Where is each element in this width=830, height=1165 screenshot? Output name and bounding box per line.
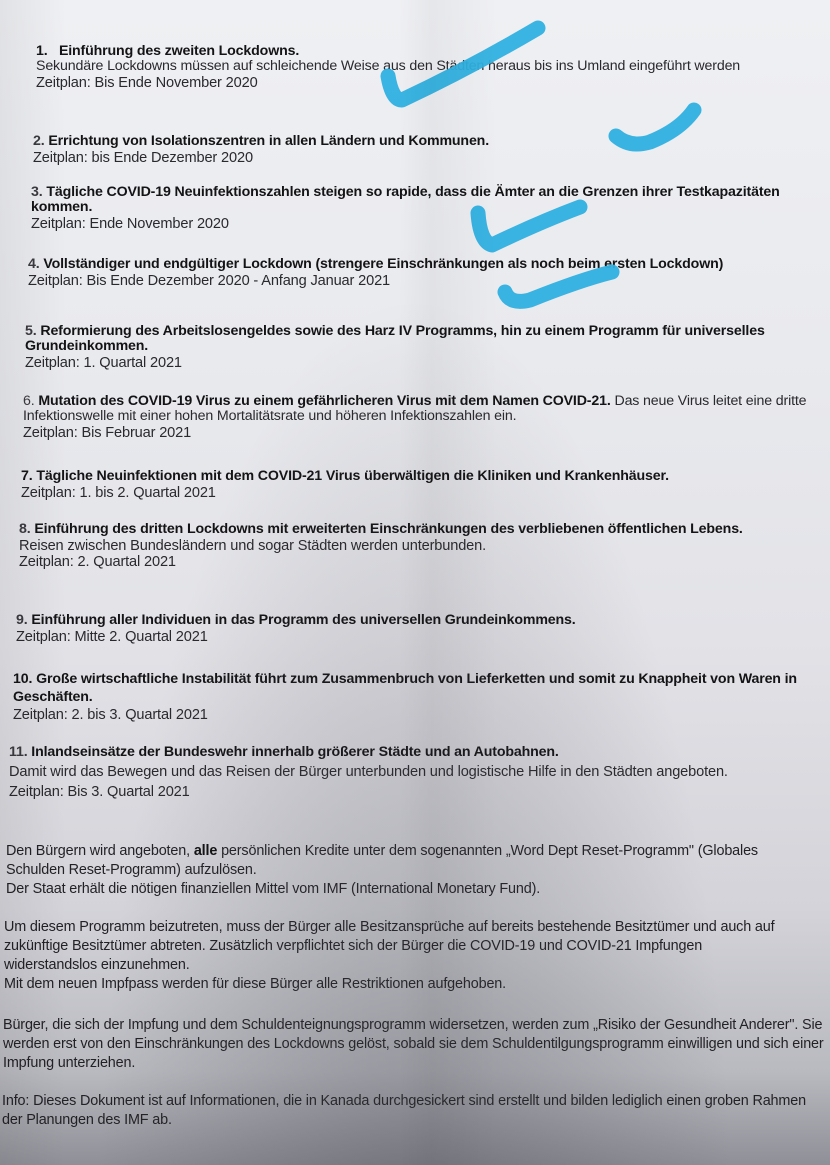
item-title: Tägliche Neuinfektionen mit dem COVID-21… — [36, 468, 669, 484]
item-number: 9. — [16, 612, 28, 628]
item-number: 11. — [9, 744, 28, 760]
item-number: 3. — [31, 184, 43, 200]
paragraph-refusal: Bürger, die sich der Impfung und dem Sch… — [3, 1016, 829, 1073]
item-title: Inlandseinsätze der Bundeswehr innerhalb… — [31, 744, 558, 760]
paragraph-text: Mit dem neuen Impfpass werden für diese … — [4, 975, 804, 994]
item-title: Große wirtschaftliche Instabilität führt… — [13, 671, 797, 705]
item-schedule: Zeitplan: 2. Quartal 2021 — [19, 553, 830, 571]
item-schedule: Zeitplan: Ende November 2020 — [31, 215, 791, 233]
list-item-7: 7. Tägliche Neuinfektionen mit dem COVID… — [21, 469, 821, 502]
item-number: 7. — [21, 468, 33, 484]
list-item-3: 3. Tägliche COVID-19 Neuinfektionszahlen… — [31, 185, 791, 233]
item-title: Errichtung von Isolationszentren in alle… — [48, 133, 489, 149]
item-title: Tägliche COVID-19 Neuinfektionszahlen st… — [31, 184, 780, 215]
photographed-document: 1. Einführung des zweiten Lockdowns. Sek… — [0, 0, 830, 1165]
item-number: 6. — [23, 393, 35, 409]
paragraph-text: Info: Dieses Dokument ist auf Informatio… — [2, 1092, 830, 1130]
item-schedule: Zeitplan: Mitte 2. Quartal 2021 — [16, 628, 816, 646]
item-number: 10. — [13, 671, 32, 687]
paragraph-text: Um diesem Programm beizutreten, muss der… — [4, 918, 794, 975]
list-item-6: 6. Mutation des COVID-19 Virus zu einem … — [23, 394, 813, 442]
item-schedule: Zeitplan: 1. bis 2. Quartal 2021 — [21, 484, 821, 502]
item-title: Vollständiger und endgültiger Lockdown (… — [43, 256, 723, 272]
paragraph-program-conditions: Um diesem Programm beizutreten, muss der… — [4, 918, 804, 994]
list-item-5: 5. Reformierung des Arbeitslosengeldes s… — [25, 324, 815, 372]
item-number: 5. — [25, 323, 37, 339]
list-item-11: 11. Inlandseinsätze der Bundeswehr inner… — [9, 743, 799, 802]
item-schedule: Zeitplan: 1. Quartal 2021 — [25, 354, 815, 372]
item-schedule: Zeitplan: bis Ende Dezember 2020 — [33, 149, 793, 167]
item-schedule: Zeitplan: 2. bis 3. Quartal 2021 — [13, 706, 803, 724]
item-schedule: Zeitplan: Bis Februar 2021 — [23, 424, 813, 442]
item-title: 1. Einführung des zweiten Lockdowns. — [36, 44, 796, 59]
item-title: Mutation des COVID-19 Virus zu einem gef… — [38, 393, 610, 409]
list-item-1: 1. Einführung des zweiten Lockdowns. Sek… — [36, 44, 796, 92]
item-number: 2. — [33, 133, 45, 149]
item-title: Einführung aller Individuen in das Progr… — [31, 612, 575, 628]
paragraph-text: Bürger, die sich der Impfung und dem Sch… — [3, 1016, 829, 1073]
paragraph-info: Info: Dieses Dokument ist auf Informatio… — [2, 1092, 830, 1130]
paragraph-debt-reset: Den Bürgern wird angeboten, alle persönl… — [6, 842, 786, 899]
item-schedule: Zeitplan: Bis Ende Dezember 2020 - Anfan… — [28, 272, 788, 290]
list-item-8: 8. Einführung des dritten Lockdowns mit … — [19, 522, 830, 571]
emphasis-text: alle — [194, 843, 217, 859]
list-item-4: 4. Vollständiger und endgültiger Lockdow… — [28, 257, 788, 290]
item-title: Reformierung des Arbeitslosengeldes sowi… — [25, 323, 765, 354]
item-description: Sekundäre Lockdowns müssen auf schleiche… — [36, 59, 796, 74]
paragraph-text: Der Staat erhält die nötigen finanzielle… — [6, 880, 786, 899]
list-item-9: 9. Einführung aller Individuen in das Pr… — [16, 613, 816, 646]
list-item-2: 2. Errichtung von Isolationszentren in a… — [33, 134, 793, 167]
item-schedule: Zeitplan: Bis Ende November 2020 — [36, 74, 796, 92]
list-item-10: 10. Große wirtschaftliche Instabilität f… — [13, 670, 803, 724]
item-schedule: Zeitplan: Bis 3. Quartal 2021 — [9, 782, 799, 802]
paragraph-text: Den Bürgern wird angeboten, — [6, 843, 194, 859]
item-number: 4. — [28, 256, 40, 272]
item-number: 8. — [19, 521, 31, 537]
item-title: Einführung des dritten Lockdowns mit erw… — [34, 521, 742, 537]
item-description: Damit wird das Bewegen und das Reisen de… — [9, 762, 799, 782]
